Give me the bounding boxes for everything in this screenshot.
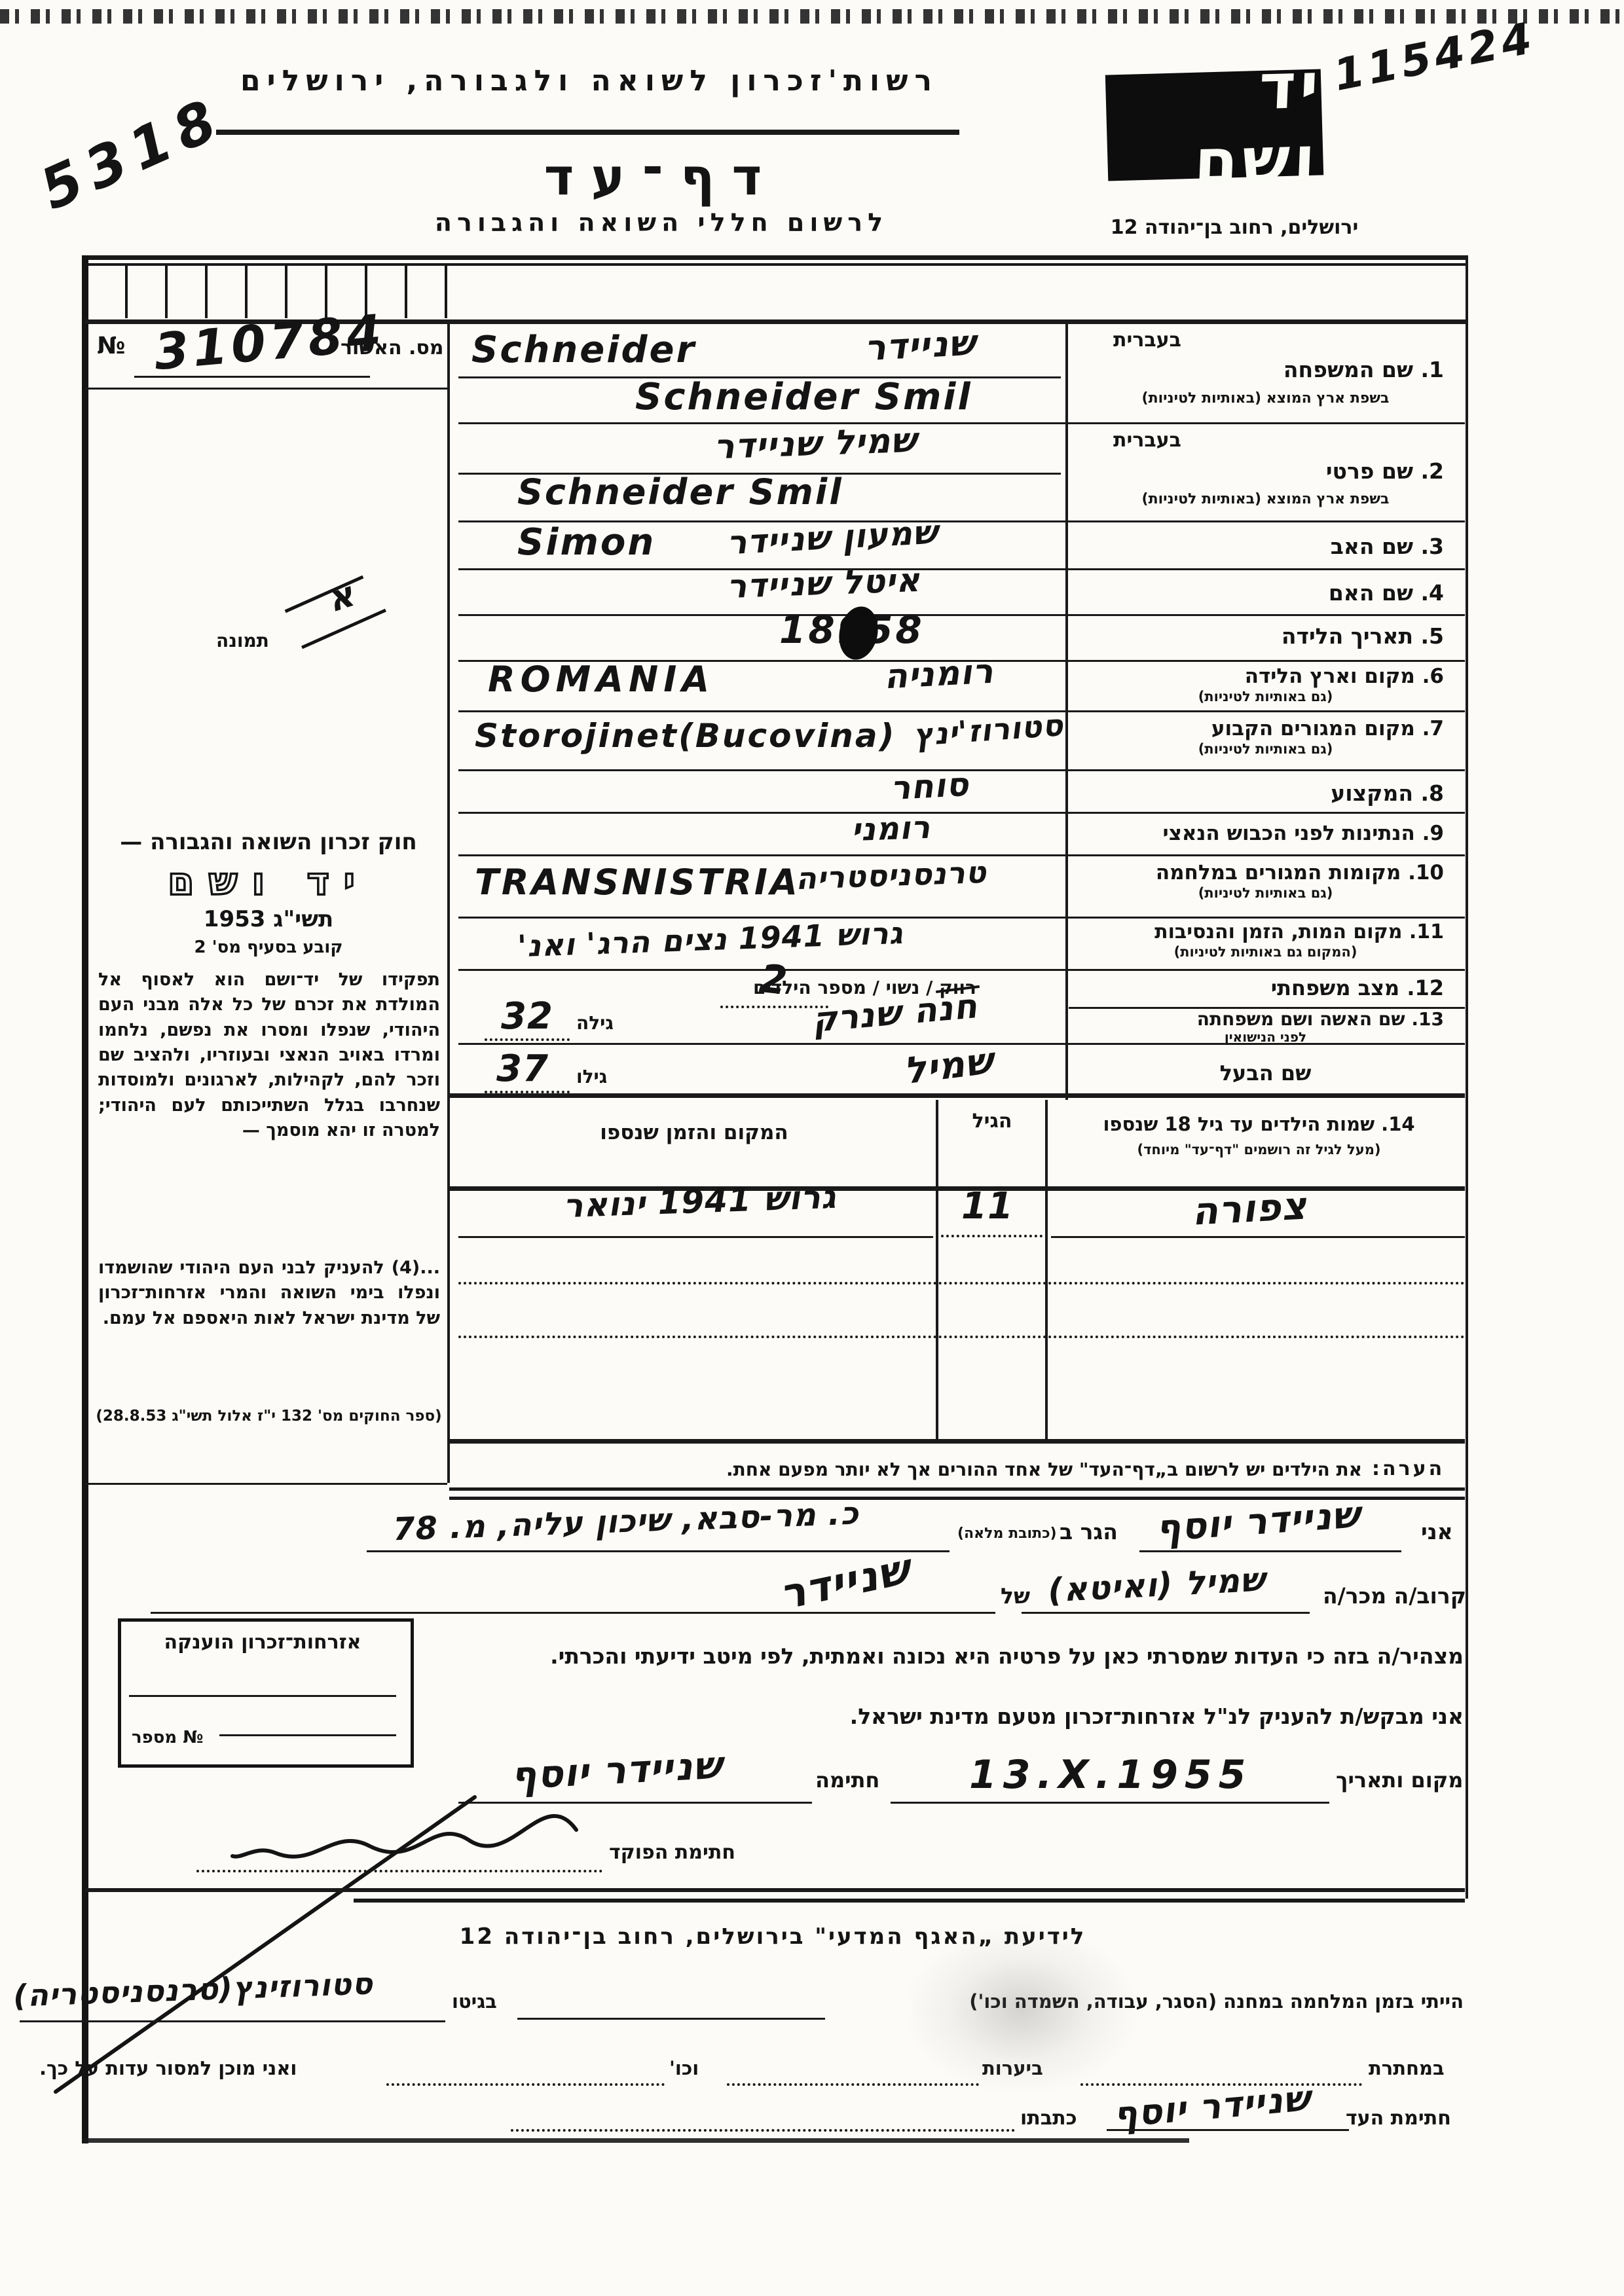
entry-husband-name: שמיל: [902, 1040, 996, 1093]
address-hint: (כתובת מלאה): [957, 1525, 1057, 1542]
note-text: את הילדים יש לרשום ב„דף־העד" של אחד ההור…: [471, 1459, 1362, 1480]
divider-label-column: [1065, 319, 1068, 1100]
relative-label: קרוב/ה מכר/ה: [1323, 1583, 1466, 1609]
declaration-i-prefix: אני: [1421, 1519, 1453, 1544]
scan-edge-top: [0, 9, 1624, 24]
rule-f6-end: [458, 710, 1465, 712]
relative-line: [151, 1612, 995, 1614]
label-f1: 1. שם המשפחה: [1074, 357, 1460, 382]
divider-left-column: [447, 319, 450, 1483]
entry-family-latin: Schneider: [471, 329, 696, 371]
label-f14: 14. שמות הילדים עד גיל 18 שנספו: [1058, 1113, 1460, 1135]
scientific-division-notice: לידיעת „האגף המדעי" בירושלים, רחוב בן־יה…: [282, 1923, 1264, 1950]
header-rule: [216, 130, 959, 135]
rule-husband-end: [449, 1093, 1465, 1098]
etc-line: [386, 2083, 665, 2086]
frame-right-border: [1466, 255, 1468, 1899]
handwritten-file-number-right: 115424: [1330, 12, 1540, 101]
witness-signature-line: [1107, 2129, 1349, 2131]
place-date-line: [891, 1802, 1329, 1804]
wife-age-label: גילה: [576, 1012, 614, 1034]
entry-residence-hebrew: סטורוז'ינץ: [912, 707, 1064, 753]
table-col-place: המקום והזמן שנספו: [498, 1121, 891, 1144]
rule-f11-end: [458, 969, 1465, 971]
form-title: דף־עד: [491, 148, 832, 207]
entry-family-hebrew: שנײדר: [863, 322, 976, 369]
label-f6: 6. מקום וארץ הלידה: [1074, 665, 1460, 688]
rule-f1-end: [458, 422, 1465, 424]
section-rule-a: [85, 1888, 1465, 1892]
section-rule-b: [354, 1899, 1465, 1903]
child-row1-rule-name: [1051, 1236, 1465, 1238]
rule-wife-age: [485, 1038, 570, 1041]
label-f14-sub: (מעל לגיל זה רושמים "דף־עד" מיוחד): [1058, 1142, 1460, 1157]
rule-f10-end: [458, 917, 1465, 919]
witness-address-label: כתבתו: [1020, 2107, 1077, 2130]
tick-strip: [88, 266, 447, 318]
cert-label: מס. האשור: [341, 337, 444, 359]
child-place-time: גרוש 1941 ינואר: [563, 1178, 837, 1226]
of-label: של: [1001, 1583, 1030, 1609]
ghetto-line: [20, 2020, 445, 2022]
label-f1-sub: בשפת ארץ המוצא (באותיות לטיניות): [1074, 390, 1457, 407]
law-logo-text: יד ושם: [98, 859, 439, 903]
label-f9: 9. הנתינות לפני הכבוש הנאצי: [1074, 822, 1460, 845]
of-handwritten-flourish: שנײדר: [775, 1545, 914, 1620]
entry-given-latin: Schneider Smil: [517, 471, 843, 513]
entry-birth-country-hebrew: רומניה: [883, 652, 995, 697]
child-row2-rule: [458, 1282, 1465, 1285]
authority-title: רשות'זכרון לשואה ולגבורה, ירושלים: [216, 64, 963, 98]
declarant-name-handwritten: שנײדר יוסף: [1154, 1493, 1361, 1550]
rule-f4-end: [458, 614, 1465, 616]
scan-noise-blob: [904, 1925, 1139, 2095]
declaration-request: אני מבקש/ת להעניק לנ"ל אזרחות־זכרון מטעם…: [196, 1704, 1464, 1729]
entry-birth-country-latin: ROMANIA: [488, 659, 714, 700]
label-f3: 3. שם האב: [1074, 534, 1460, 559]
camp-line: [517, 2018, 825, 2020]
entry-profession: סוחר: [890, 765, 970, 807]
entry-father-latin: Simon: [517, 521, 655, 564]
label-f13: 13. שם האשה ושם משפחתה: [1074, 1008, 1460, 1030]
husband-age-label: גילו: [576, 1066, 607, 1087]
label-f2-sub: בשפת ארץ המוצא (באותיות לטיניות): [1074, 491, 1457, 507]
child-name: צפורה: [1190, 1183, 1308, 1233]
declaration-statement: מצהיר/ה בזה כי העדות שמסרתי כאן על פרטיה…: [196, 1643, 1464, 1669]
law-source-note: (ספר החוקים מס' 132 י"ז אלול תשי"ג 28.8.…: [90, 1408, 447, 1425]
note-top-rule: [449, 1439, 1465, 1444]
ready-to-testify-text: ואני מוכן למסור עדות על כך.: [39, 2057, 380, 2079]
label-f11-sub: (המקום גם באותיות לטיניות): [1074, 944, 1457, 960]
law-year: תשי"ג 1953: [98, 906, 439, 932]
child-row1-rule-age: [941, 1235, 1043, 1237]
label-f7: 7. מקום המגורים הקבוע: [1074, 717, 1460, 740]
address-handwritten: כ. מר-סבא, שיכון עליה, מ. 78: [392, 1495, 859, 1548]
place-date-handwritten: 13.X.1955: [969, 1752, 1252, 1798]
law-title: חוק זכרון השואה והגבורה —: [98, 829, 439, 855]
entry-nationality: רומני: [851, 809, 931, 848]
relative-line-b: [1022, 1612, 1310, 1614]
underground-label: במחתרת: [1369, 2057, 1445, 2079]
entry-given-hebrew: שמיל שנײדר: [713, 421, 917, 467]
child-age: 11: [961, 1185, 1014, 1228]
frame-top-a: [85, 255, 1468, 260]
label-f10-sub: (גם באותיות לטיניות): [1074, 885, 1457, 901]
entry-husband-age: 37: [496, 1048, 549, 1090]
entry-children-count: 2: [757, 956, 790, 1004]
entry-residence-latin: Storojinet(Bucovina): [475, 717, 896, 755]
yad-vashem-logo-text: יד ושם: [1105, 48, 1323, 201]
cert-row-rule: [85, 388, 447, 390]
office-address: ירושלים, רחוב בן־יהודה 12: [1080, 216, 1388, 239]
note-label: הערה:: [1372, 1457, 1445, 1480]
label-f12: 12. מצב משפחתי: [1074, 975, 1460, 1000]
frame-bottom: [83, 2138, 1189, 2143]
label-husband: שם הבעל: [1074, 1061, 1457, 1085]
left-column-bottom-rule: [85, 1483, 447, 1485]
yad-vashem-logo: יד ושם: [1107, 70, 1322, 179]
relative-handwritten: שמיל (ואיטא): [1047, 1560, 1266, 1609]
entry-war-place-latin: TRANSNISTRIA: [475, 862, 800, 903]
ghetto-label: בגיטו: [452, 1990, 497, 2013]
child-row3-rule: [458, 1336, 1465, 1338]
entry-family-full-latin: Schneider Smil: [635, 376, 972, 418]
address-line: [367, 1550, 950, 1552]
citizenship-line-1: [129, 1695, 396, 1697]
law-clause: קובע בסעיף מס' 2: [98, 938, 439, 957]
resides-label: הגר ב: [1060, 1519, 1118, 1544]
label-f4: 4. שם האם: [1074, 580, 1460, 606]
label-f11: 11. מקום המות, הזמן והנסיבות: [1074, 920, 1460, 943]
entry-wife-age: 32: [501, 995, 553, 1038]
rule-f3-end: [458, 568, 1465, 570]
table-col-age: הגיל: [940, 1110, 1044, 1133]
label-f2: 2. שם פרטי: [1074, 458, 1460, 484]
declarant-name-line: [1139, 1550, 1401, 1552]
rule-f8-end: [458, 812, 1465, 814]
table-divider-right: [1045, 1100, 1048, 1440]
etc-label: וכו': [669, 2057, 699, 2079]
photo-label: תמונה: [216, 630, 269, 651]
entry-mother-hebrew: איטל שנײדר: [726, 561, 921, 606]
citizenship-number-label: מספר №: [132, 1728, 204, 1747]
label-f2-lang: בעברית: [1113, 429, 1181, 452]
note-bottom-rule-a: [449, 1487, 1465, 1491]
forests-line: [727, 2083, 979, 2086]
witness-signature-handwritten: שנײדר יוסף: [1112, 2077, 1312, 2136]
testimony-page: 5318 רשות'זכרון לשואה ולגבורה, ירושלים ד…: [0, 0, 1624, 2296]
cert-number-line: [134, 376, 370, 378]
form-subtitle: לרשום חללי השואה והגבורה: [406, 208, 917, 237]
label-f7-sub: (גם באותיות לטיניות): [1074, 741, 1457, 757]
handwritten-file-number-left: 5318: [31, 84, 234, 223]
law-paragraph-1: תפקידו של יד־ושם הוא לאסוף אל המולדת את …: [98, 968, 440, 1143]
signature-label: חתימה: [815, 1768, 879, 1793]
citizenship-box: אזרחות־זכרון הוענקה מספר №: [118, 1618, 414, 1768]
citizenship-line-2: [219, 1734, 396, 1736]
label-f5: 5. תאריך הלידה: [1074, 623, 1460, 649]
law-paragraph-2: ...(4) להעניק לבני העם היהודי שהושמדו ונ…: [98, 1256, 440, 1331]
entry-war-place-hebrew: טרנסניסטריה: [795, 854, 987, 896]
label-f8: 8. המקצוע: [1074, 780, 1460, 806]
table-divider-left: [936, 1100, 938, 1440]
cert-no-symbol: №: [97, 333, 125, 359]
child-row1-rule-place: [458, 1236, 933, 1238]
label-f6-sub: (גם באותיות לטיניות): [1074, 689, 1457, 704]
label-f1-lang: בעברית: [1113, 329, 1181, 352]
witness-signature-label: חתימת העד: [1346, 2107, 1451, 2130]
witness-address-line: [511, 2129, 1015, 2132]
place-date-label: מקום ותאריך: [1336, 1768, 1463, 1793]
label-f10: 10. מקומות המגורים במלחמה: [1074, 861, 1460, 884]
label-f13-sub: לפני הנישואין: [1074, 1029, 1457, 1045]
entry-death-line: גרוש 1941 נצים הרג' ואנ': [517, 915, 904, 964]
